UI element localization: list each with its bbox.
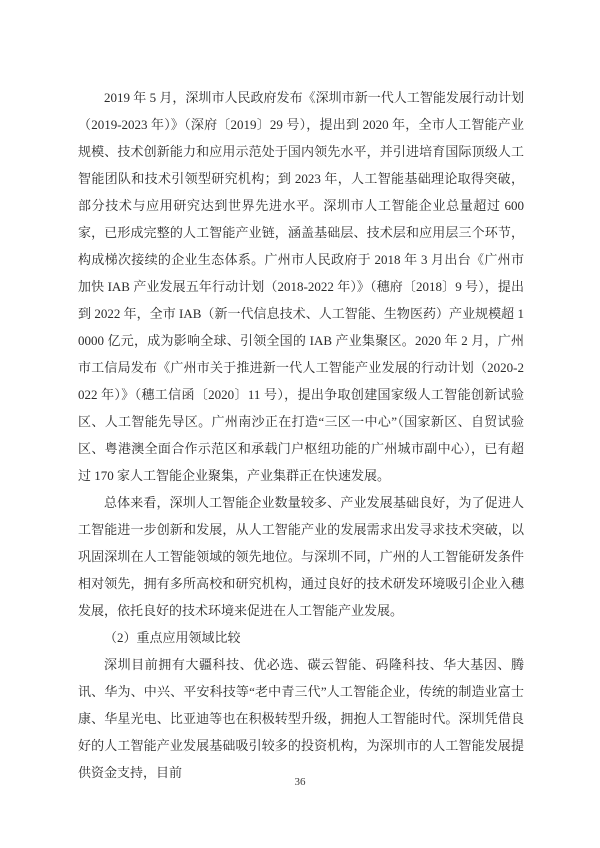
paragraph-ai-policy-overview: 2019 年 5 月，深圳市人民政府发布《深圳市新一代人工智能发展行动计划（20… xyxy=(78,84,524,489)
page-text-block: 2019 年 5 月，深圳市人民政府发布《深圳市新一代人工智能发展行动计划（20… xyxy=(78,84,524,786)
section-heading-key-application-areas: （2）重点应用领域比较 xyxy=(78,624,524,651)
document-page: 2019 年 5 月，深圳市人民政府发布《深圳市新一代人工智能发展行动计划（20… xyxy=(0,0,600,848)
page-number: 36 xyxy=(0,776,600,788)
paragraph-shenzhen-guangzhou-summary: 总体来看，深圳人工智能企业数量较多、产业发展基础良好，为了促进人工智能进一步创新… xyxy=(78,489,524,624)
paragraph-shenzhen-companies: 深圳目前拥有大疆科技、优必选、碳云智能、码隆科技、华大基因、腾讯、华为、中兴、平… xyxy=(78,651,524,786)
